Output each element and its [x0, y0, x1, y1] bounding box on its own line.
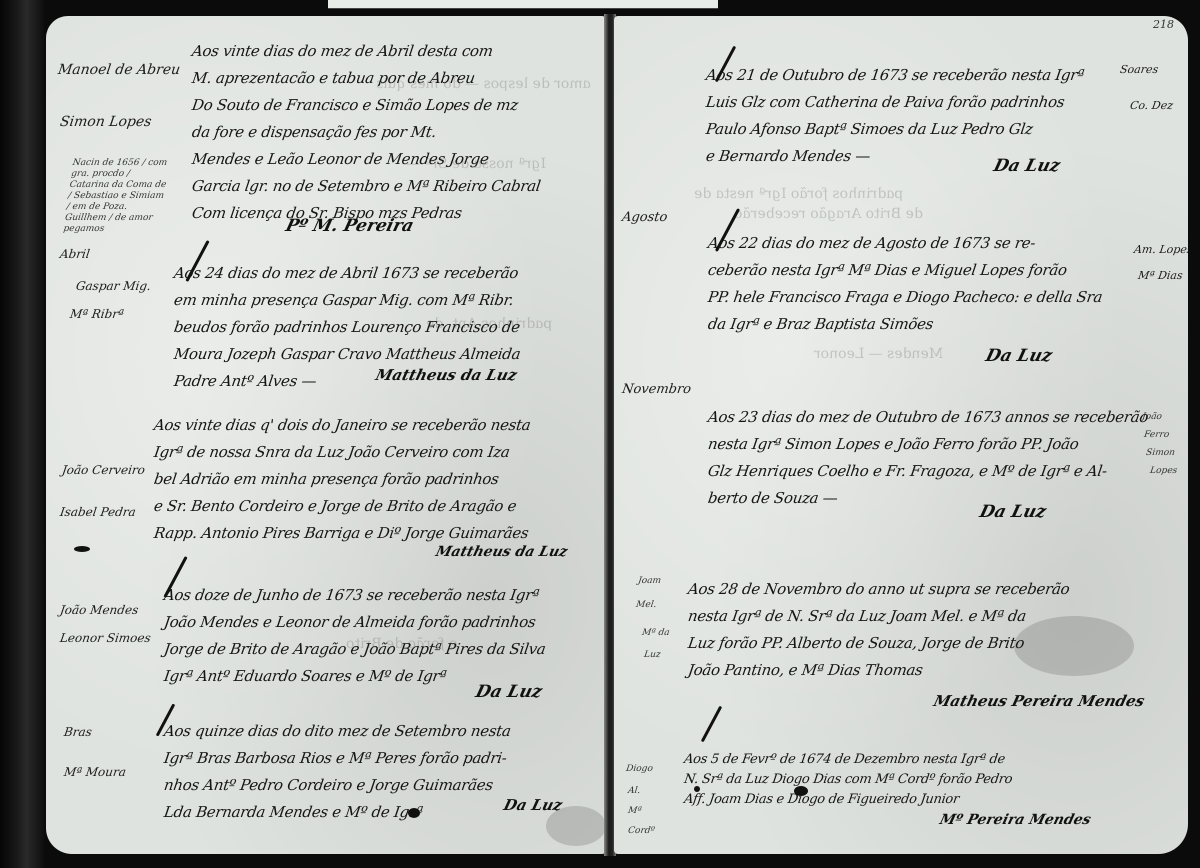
- margin-month: Novembro: [621, 382, 692, 398]
- priest-signature: Da Luz: [984, 346, 1055, 366]
- entry-line: Do Souto de Francisco e Simão Lopes de m…: [190, 92, 542, 119]
- margin-name: Manoel de Abreu: [57, 62, 181, 78]
- entry-line: bel Adrião em minha presença forão padri…: [152, 466, 532, 493]
- entry-line: Moura Jozeph Gaspar Cravo Mattheus Almei…: [172, 341, 522, 368]
- margin-name: Al.: [627, 786, 641, 797]
- page-stain: [546, 806, 606, 846]
- entry-line: Aos vinte dias q' dois do Janeiro se rec…: [152, 412, 532, 439]
- ink-blot: [74, 546, 90, 552]
- priest-signature: Mattheus da Luz: [434, 544, 569, 560]
- margin-month: Abril: [59, 246, 91, 262]
- entry-line: Aff. Joam Dias e Diogo de Figueiredo Jun…: [683, 790, 1014, 810]
- entry-line: Garcia lgr. no de Setembro e Mª Ribeiro …: [190, 173, 542, 200]
- entry-line: Luis Glz com Catherina de Paiva forão pa…: [704, 89, 1086, 116]
- entry-line: Aos 21 de Outubro de 1673 se receberão n…: [704, 62, 1086, 89]
- margin-name: Mª Ribrª: [69, 306, 125, 322]
- margin-name: Soares: [1119, 62, 1159, 78]
- entry-initial-stroke: [701, 706, 722, 743]
- margin-name: Gaspar Mig.: [75, 278, 152, 294]
- entry-line: nhos Antº Pedro Cordeiro e Jorge Guimarã…: [162, 772, 512, 799]
- register-entry: Aos 28 de Novembro do anno ut supra se r…: [688, 576, 1069, 684]
- entry-line: Rapp. Antonio Pires Barriga e Diº Jorge …: [152, 520, 532, 547]
- entry-line: Aos quinze dias do dito mez de Setembro …: [162, 718, 512, 745]
- register-entry: Aos vinte dias q' dois do Janeiro se rec…: [154, 412, 530, 547]
- left-page: amor de lespos — do mes quis Igrª nossa …: [46, 16, 606, 854]
- margin-name: Am. Lopes: [1133, 242, 1188, 258]
- margin-annotation: Nacin de 1656 / com gra. procdo / Catari…: [63, 158, 174, 235]
- entry-line: em minha presença Gaspar Mig. com Mª Rib…: [172, 287, 522, 314]
- register-entry: Aos vinte dias do mez de Abril desta com…: [192, 38, 540, 227]
- priest-signature: Da Luz: [992, 156, 1063, 176]
- margin-name: João Mendes: [59, 602, 140, 618]
- ink-blot: [408, 808, 420, 818]
- entry-line: nesta Igrª de N. Srª da Luz Joam Mel. e …: [686, 603, 1071, 630]
- register-entry: Aos quinze dias do dito mez de Setembro …: [164, 718, 511, 826]
- register-entry: Aos 5 de Fevrº de 1674 de Dezembro nesta…: [684, 750, 1012, 810]
- entry-line: nesta Igrª Simon Lopes e João Ferro forã…: [706, 431, 1150, 458]
- right-page: 218 padrinhos forão Igrª nesta de de Bri…: [614, 16, 1188, 854]
- margin-name: Simon Lopes: [59, 114, 153, 130]
- folio-number: 218: [1153, 18, 1174, 31]
- entry-line: Luz forão PP. Alberto de Souza, Jorge de…: [686, 630, 1071, 657]
- entry-line: e Sr. Bento Cordeiro e Jorge de Brito de…: [152, 493, 532, 520]
- entry-line: Aos 23 dias do mez de Outubro de 1673 an…: [706, 404, 1150, 431]
- entry-line: Mendes e Leão Leonor de Mendes Jorge: [190, 146, 542, 173]
- entry-line: Aos 24 dias do mez de Abril 1673 se rece…: [172, 260, 522, 287]
- margin-name: Isabel Pedra: [59, 504, 137, 520]
- priest-signature: Da Luz: [474, 682, 545, 702]
- margin-name: Diogo: [625, 764, 653, 775]
- margin-name: Mel.: [635, 600, 657, 611]
- entry-line: Aos 5 de Fevrº de 1674 de Dezembro nesta…: [683, 750, 1014, 770]
- margin-name: Mª: [627, 806, 642, 817]
- entry-line: berto de Souza —: [706, 485, 1150, 512]
- entry-line: N. Srª da Luz Diogo Dias com Mª Cordº fo…: [683, 770, 1014, 790]
- margin-name: Cordº: [627, 826, 655, 837]
- margin-name: Joam: [637, 576, 661, 587]
- entry-line: Igrª de nossa Snra da Luz João Cerveiro …: [152, 439, 532, 466]
- entry-line: João Mendes e Leonor de Almeida forão pa…: [162, 609, 547, 636]
- margin-name: Lopes: [1149, 466, 1178, 477]
- priest-signature: Mº Pereira Mendes: [938, 812, 1093, 828]
- entry-line: ceberão nesta Igrª Mª Dias e Miguel Lope…: [706, 257, 1104, 284]
- register-entry: Aos 21 de Outubro de 1673 se receberão n…: [706, 62, 1084, 170]
- entry-line: Aos vinte dias do mez de Abril desta com: [190, 38, 542, 65]
- entry-line: Paulo Afonso Baptª Simoes da Luz Pedro G…: [704, 116, 1086, 143]
- entry-line: Lda Bernarda Mendes e Mº de Igrª: [162, 799, 512, 826]
- entry-line: Igrª Bras Barbosa Rios e Mª Peres forão …: [162, 745, 512, 772]
- register-entry: Aos doze de Junho de 1673 se receberão n…: [164, 582, 545, 690]
- register-entry: Aos 23 dias do mez de Outubro de 1673 an…: [708, 404, 1148, 512]
- ink-bleed-through: padrinhos forão Igrª nesta de: [693, 186, 905, 202]
- register-entry: Aos 22 dias do mez de Agosto de 1673 se …: [708, 230, 1102, 338]
- entry-line: da Igrª e Braz Baptista Simões: [706, 311, 1104, 338]
- margin-name: Mª Moura: [63, 764, 127, 780]
- margin-name: Leonor Simoes: [59, 630, 152, 646]
- ink-bleed-through: Mendes — Leonor: [813, 346, 945, 362]
- priest-signature: Pº M. Pereira: [284, 216, 416, 236]
- ink-blot: [694, 786, 700, 792]
- entry-line: Aos doze de Junho de 1673 se receberão n…: [162, 582, 547, 609]
- entry-line: PP. hele Francisco Fraga e Diogo Pacheco…: [706, 284, 1104, 311]
- entry-line: João Pantino, e Mª Dias Thomas: [686, 657, 1071, 684]
- priest-signature: Matheus Pereira Mendes: [932, 692, 1147, 710]
- entry-line: Jorge de Brito de Aragão e João Baptª Pi…: [162, 636, 547, 663]
- priest-signature: Mattheus da Luz: [374, 366, 519, 384]
- entry-line: Aos 22 dias do mez de Agosto de 1673 se …: [706, 230, 1104, 257]
- margin-name: Luz: [643, 650, 661, 661]
- entry-line: Aos 28 de Novembro do anno ut supra se r…: [686, 576, 1071, 603]
- margin-month: Agosto: [621, 210, 669, 226]
- margin-name: Bras: [63, 724, 93, 740]
- entry-line: beudos forão padrinhos Lourenço Francisc…: [172, 314, 522, 341]
- ink-bleed-through: de Brito Aragão receberão: [733, 206, 925, 222]
- margin-name: Mª da: [641, 628, 670, 639]
- margin-name: Co. Dez: [1129, 98, 1174, 114]
- book-binding-edge: [0, 0, 44, 868]
- archive-label-strip: [328, 0, 718, 9]
- entry-line: Glz Henriques Coelho e Fr. Fragoza, e Mº…: [706, 458, 1150, 485]
- ink-blot: [794, 786, 808, 796]
- margin-name: João Cerveiro: [61, 462, 146, 478]
- priest-signature: Da Luz: [978, 502, 1049, 522]
- entry-line: da fore e dispensação fes por Mt.: [190, 119, 542, 146]
- entry-line: M. aprezentacão e tabua por de Abreu: [190, 65, 542, 92]
- margin-name: Mª Dias: [1137, 268, 1184, 284]
